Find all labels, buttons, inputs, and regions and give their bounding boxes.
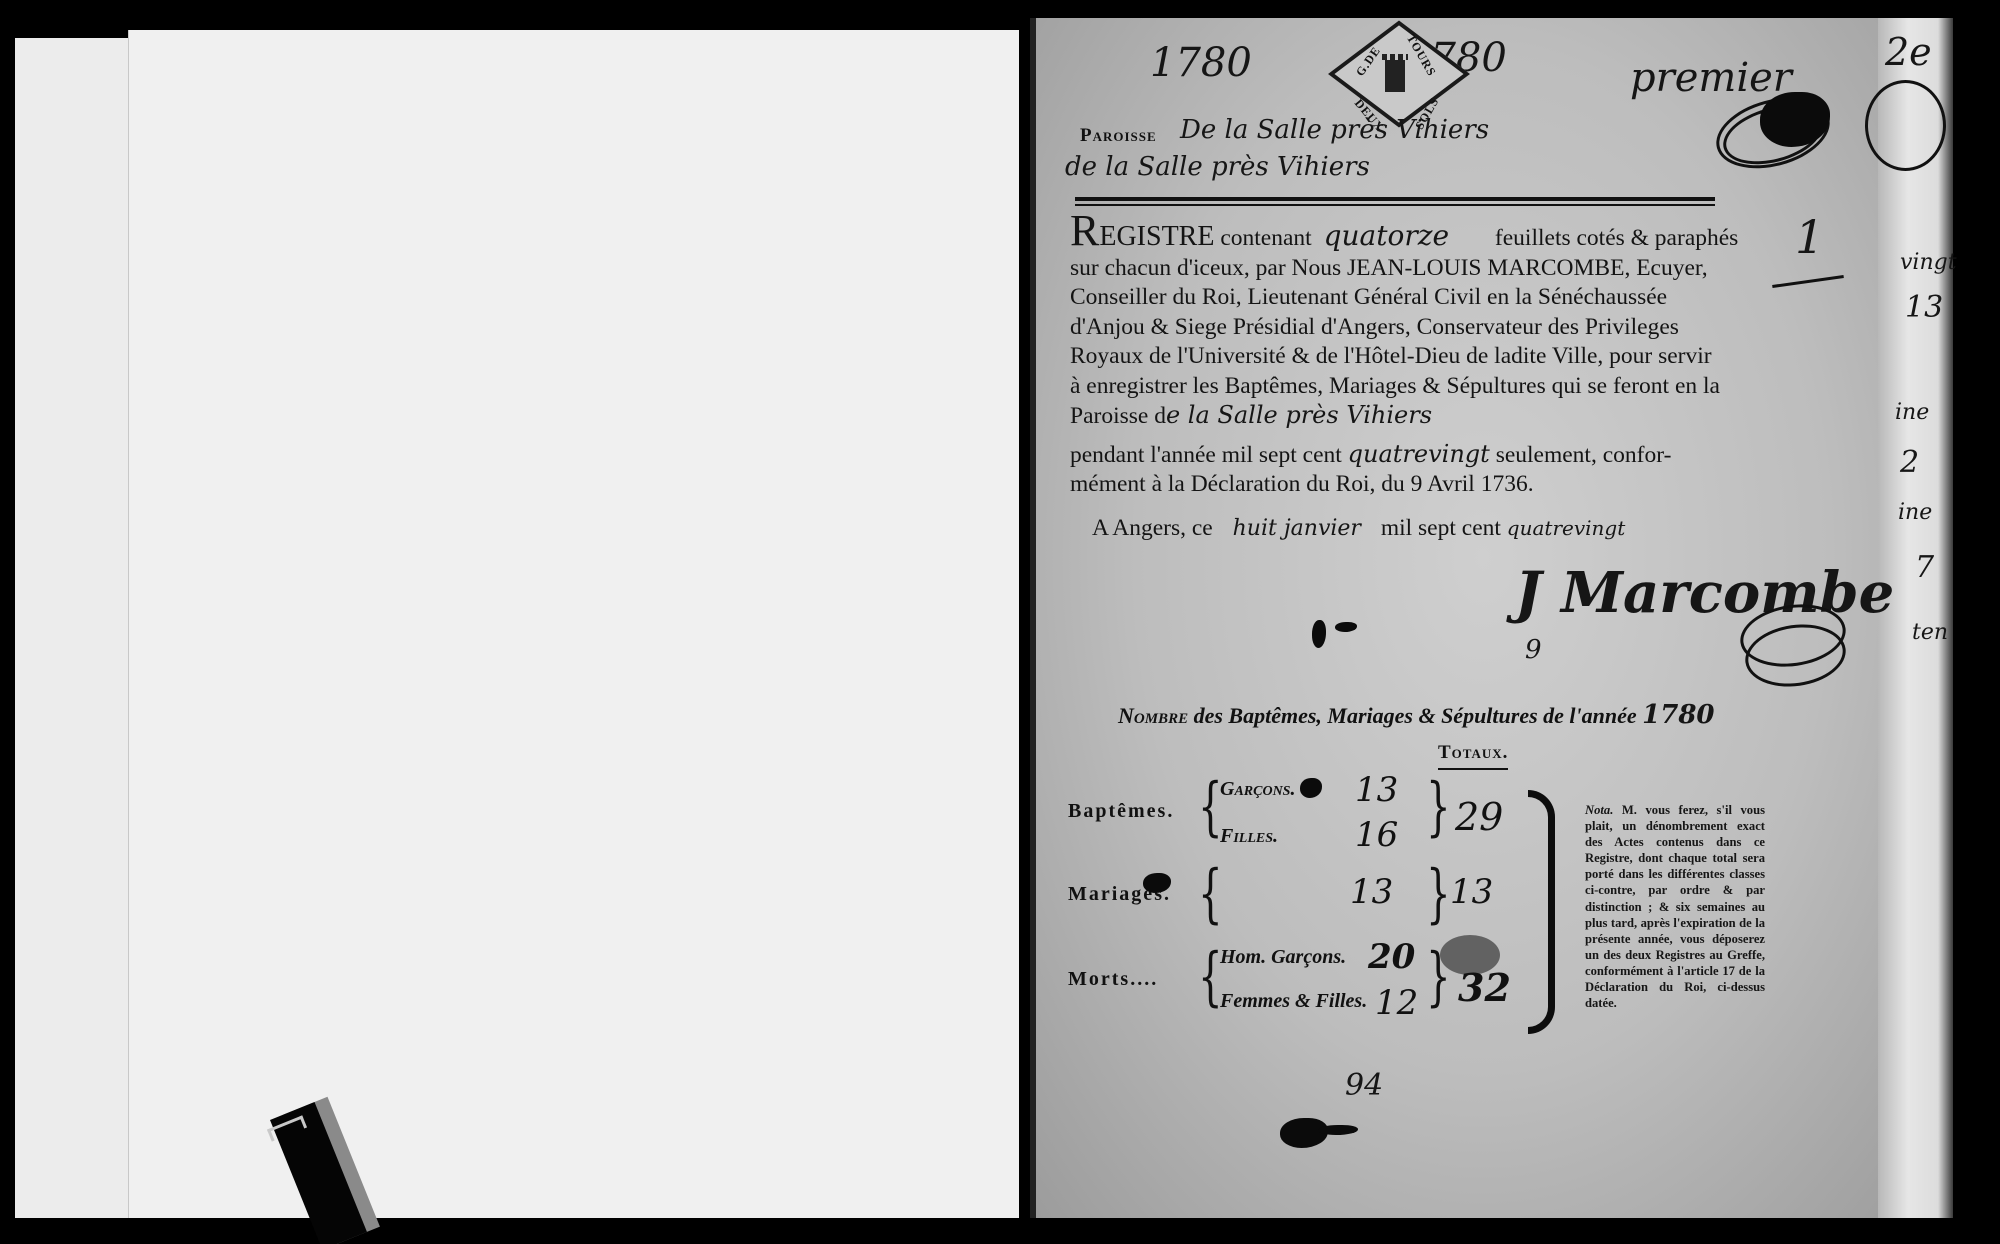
paroisse-line-hand: e la Salle près Vihiers [1166,401,1432,429]
ink-smudge [1440,935,1500,975]
value-garcons: 13 [1355,770,1398,810]
text-line: mément à la Déclaration du Roi, du 9 Avr… [1070,470,1760,500]
strip-note: ine [1898,500,1932,525]
pendant-year-hand: quatrevingt [1348,440,1490,468]
large-brace-icon [1528,790,1555,1034]
tab-note: 2e [1885,30,1932,74]
strip-note: 13 [1905,290,1943,325]
strip-note: vingt [1900,250,1957,275]
text-line: sur chacun d'iceux, par Nous JEAN-LOUIS … [1070,254,1760,284]
value-femmes-filles: 12 [1375,983,1418,1023]
paroisse-hand-2: de la Salle près Vihiers [1065,152,1370,182]
value-hom-garcons: 20 [1368,937,1415,977]
text-line: Conseiller du Roi, Lieutenant Général Ci… [1070,283,1760,313]
category-garcons: Garçons. [1220,778,1295,801]
angers-year-hand: quatrevingt [1507,516,1625,540]
totaux-header: Totaux. [1438,742,1508,770]
header-rule [1075,197,1715,201]
table-title-year-hand: 1780 [1642,700,1714,730]
flourish-scribble [1865,80,1946,171]
header-rule [1075,204,1715,206]
paroisse-hand-1: De la Salle près Vihiers [1180,115,1489,145]
table-title-text: des Baptêmes, Mariages & Sépultures de l… [1194,703,1637,728]
category-filles: Filles. [1220,825,1278,848]
brace-icon: { [1198,775,1222,839]
strip-note: 7 [1915,550,1934,585]
register-declaration: REGISTRE contenant quatorze feuillets co… [1070,216,1760,543]
table-title: Nombre des Baptêmes, Mariages & Sépultur… [1118,700,1715,730]
category-femmes-filles: Femmes & Filles. [1220,990,1367,1013]
nota-lead: Nota. [1585,803,1613,817]
text-line: Royaux de l'Université & de l'Hôtel-Dieu… [1070,342,1760,372]
page-number-hand: 94 [1345,1068,1383,1103]
strip-note: ine [1895,400,1929,425]
text-fragment: mil sept cent [1381,515,1501,541]
registre-line: REGISTRE contenant quatorze feuillets co… [1070,216,1760,254]
corner-note-premier: premier [1630,55,1792,101]
group-label-baptemes: Baptêmes. [1068,800,1174,823]
value-filles: 16 [1355,815,1398,855]
brace-icon: { [1198,945,1222,1009]
value-mariages: 13 [1350,872,1393,912]
year-hand-left: 1780 [1150,40,1252,86]
margin-note: 1 [1795,210,1824,264]
blank-flyleaf-front [128,30,1019,1218]
brace-icon: { [1198,862,1222,926]
paroisse-line: Paroisse de la Salle près Vihiers [1070,401,1760,432]
text-line: d'Anjou & Siege Présidial d'Angers, Cons… [1070,313,1760,343]
stamp-tower-icon [1385,60,1405,92]
strip-note: 2 [1900,445,1919,480]
total-mariages: 13 [1450,872,1493,912]
group-label-morts: Morts.... [1068,968,1158,991]
text-line: à enregistrer les Baptêmes, Mariages & S… [1070,372,1760,402]
text-fragment: feuillets cotés & paraphés [1495,225,1738,251]
text-fragment: pendant l'année mil sept cent [1070,442,1342,468]
table-title-prefix: Nombre [1118,703,1188,728]
total-baptemes: 29 [1455,795,1503,839]
category-hom-garcons: Hom. Garçons. [1220,946,1346,969]
drop-initial: R [1070,206,1099,255]
angers-date-hand: huit janvier [1219,516,1375,541]
brace-icon: } [1426,775,1450,839]
registre-word: EGISTRE [1099,221,1214,252]
nota-instructions: Nota. M. vous ferez, s'il vous plait, un… [1585,802,1765,1011]
angers-line: A Angers, ce huit janvier mil sept cent … [1070,514,1760,544]
strip-note: ten [1912,620,1948,645]
folio-mark: 9 [1525,635,1542,665]
blank-flyleaf-back [15,38,140,1218]
pendant-line: pendant l'année mil sept cent quatreving… [1070,440,1760,471]
brace-icon: } [1426,862,1450,926]
text-fragment: Paroisse d [1070,403,1166,429]
text-fragment: seulement, confor- [1496,442,1672,468]
paroisse-label: Paroisse [1080,125,1157,147]
nota-text: M. vous ferez, s'il vous plait, un dénom… [1585,803,1765,1010]
feuillets-count-hand: quatorze [1318,219,1489,252]
text-fragment: A Angers, ce [1092,515,1213,541]
text-fragment: contenant [1220,225,1311,251]
